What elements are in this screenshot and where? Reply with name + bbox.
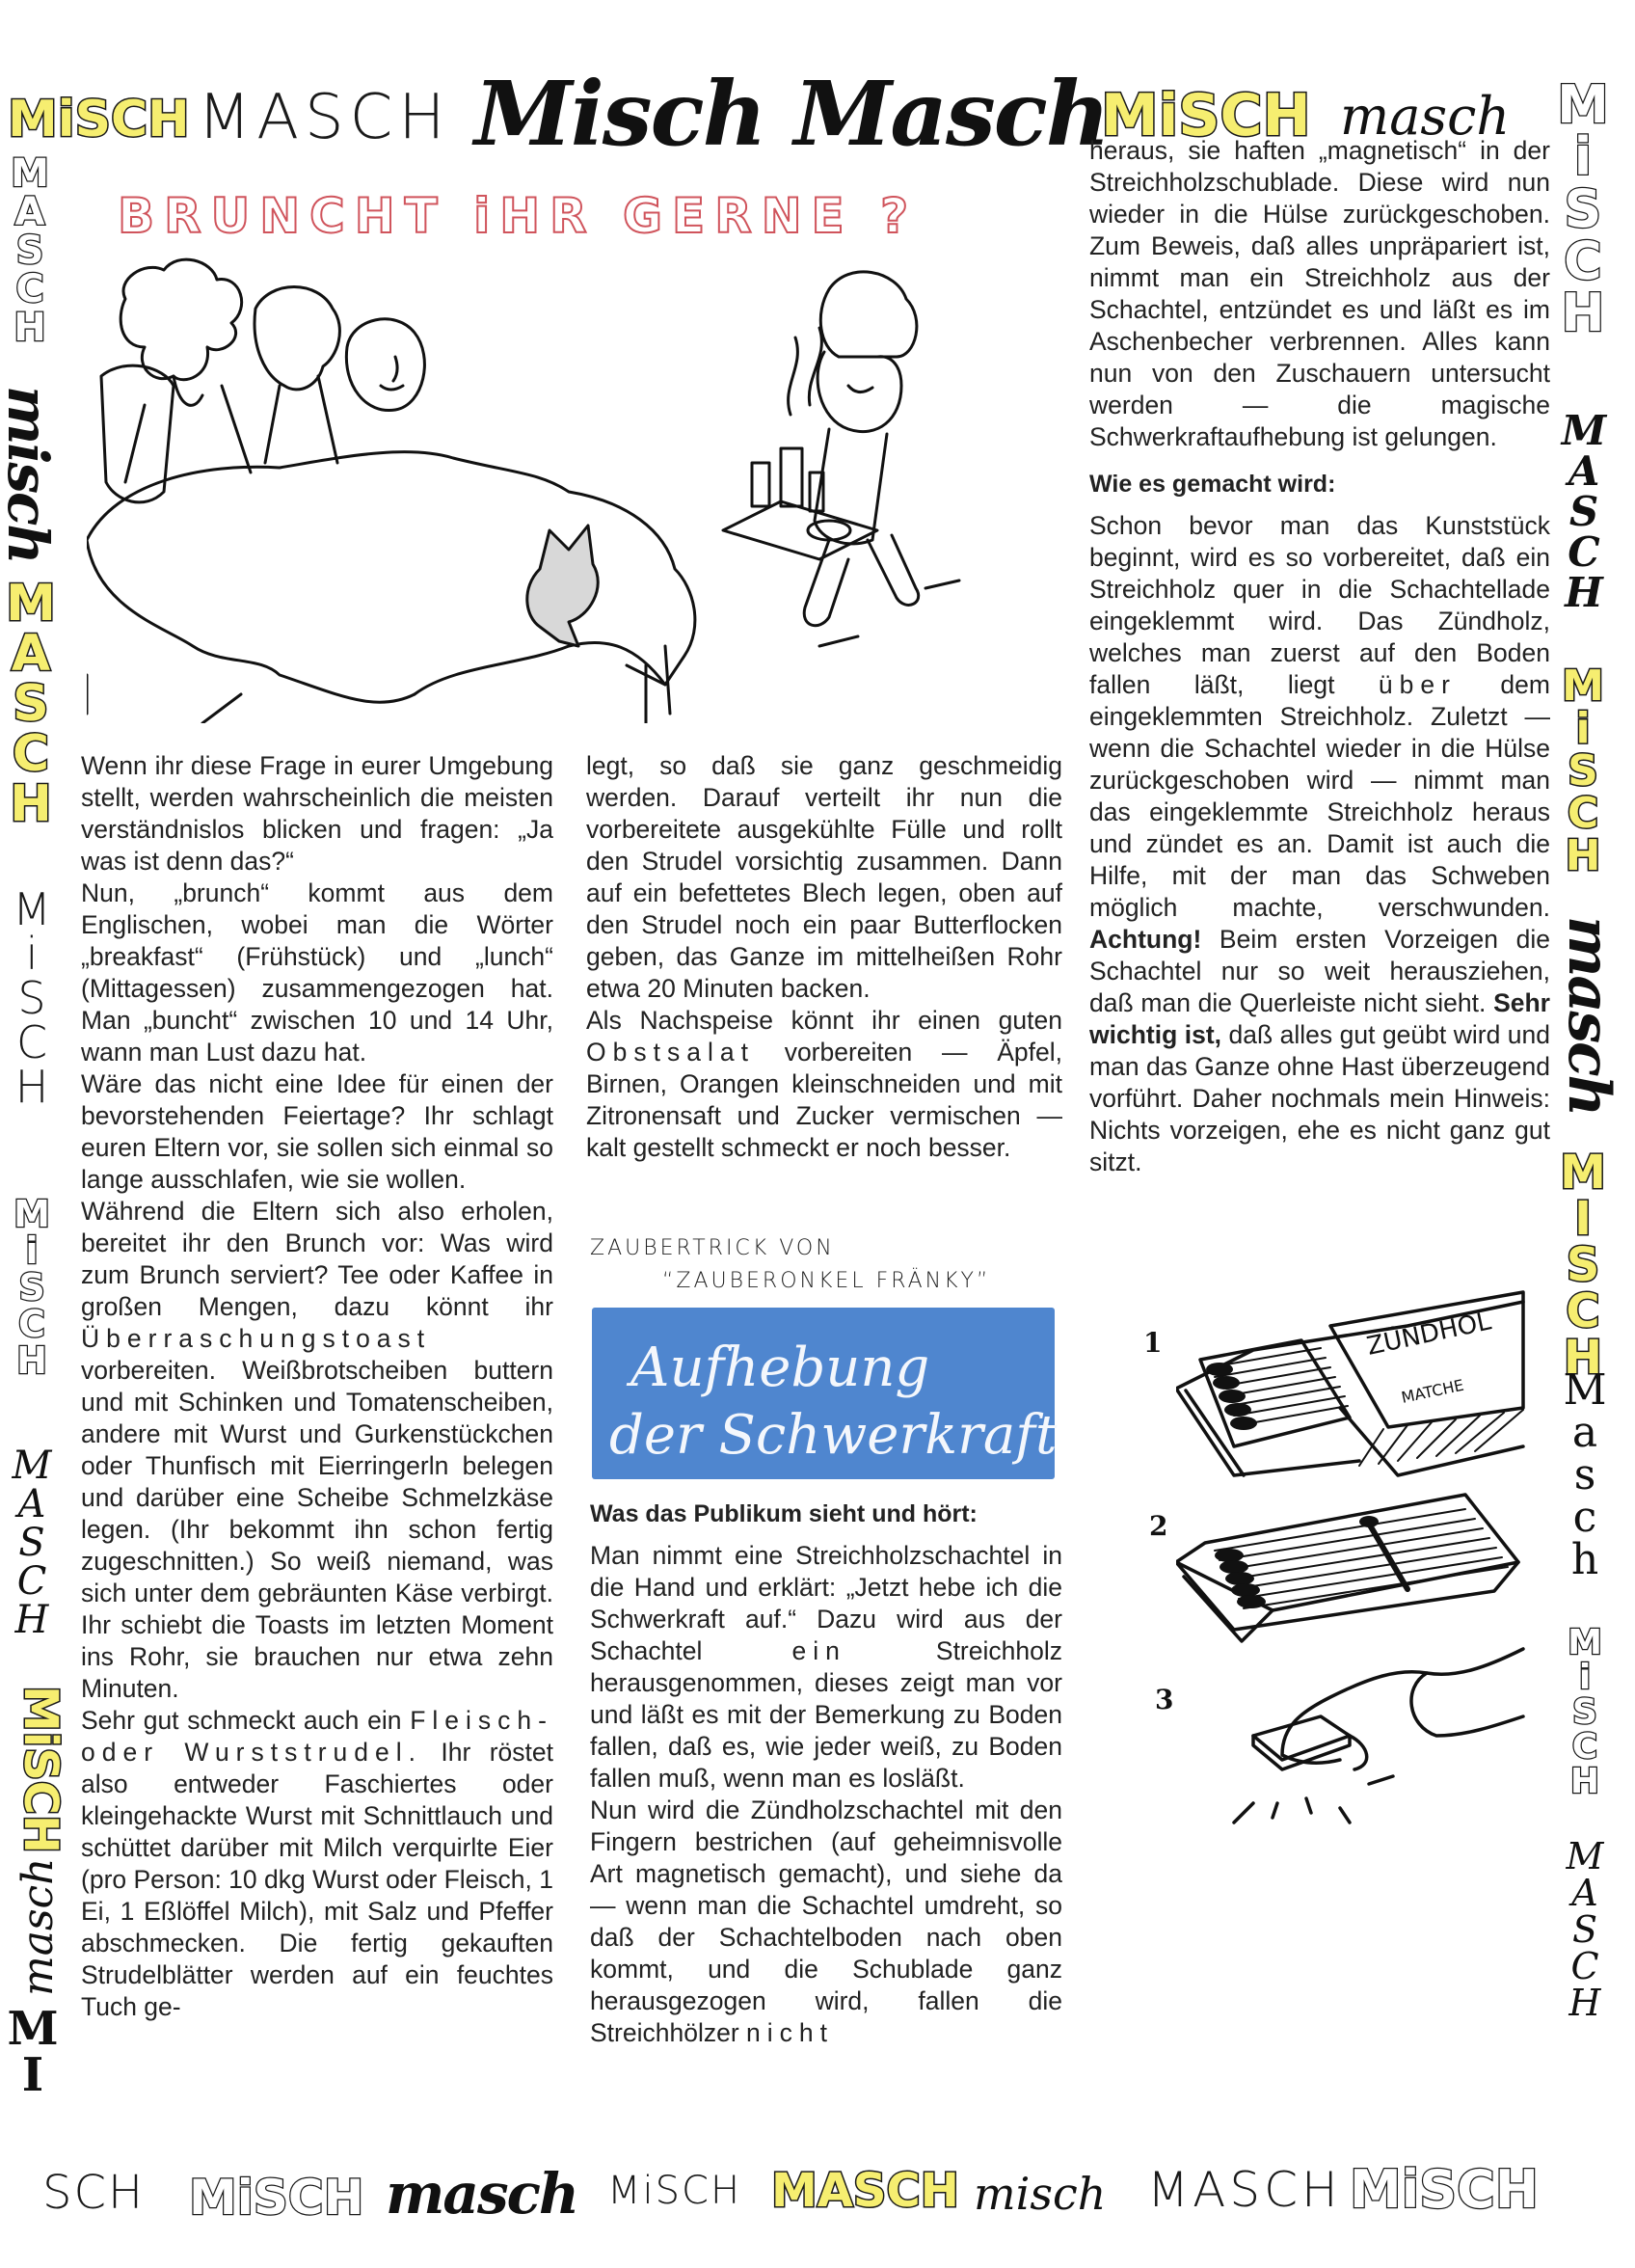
right-border-masch-end: M A S C H — [1564, 1838, 1606, 2021]
border-letter: C — [17, 1562, 47, 1601]
emphasis-obstsalat: Obstsalat — [586, 1038, 755, 1066]
border-letter: s — [1574, 1454, 1596, 1497]
paragraph: Schon bevor man das Kunststück beginnt, … — [1089, 510, 1550, 1178]
trick-title-line-2: der Schwerkraft — [609, 1404, 1058, 1467]
border-letter: a — [1572, 1412, 1597, 1454]
border-letter: S — [1567, 1242, 1600, 1288]
left-border-misch-outline: M i S C H — [8, 1196, 56, 1379]
border-letter: M — [7, 2006, 56, 2052]
border-letter: M — [1563, 1369, 1606, 1412]
border-letter: S — [18, 1269, 44, 1306]
text-run: vorbereiten. Weißbrotscheiben buttern un… — [81, 1356, 553, 1703]
border-word-masch-thin: MASCH — [198, 87, 450, 148]
border-letter: C — [13, 729, 49, 779]
border-letter: S — [1572, 1911, 1597, 1948]
border-letter: C — [1570, 1948, 1598, 1984]
right-border-misch-yellow-2: M I S C H — [1556, 1149, 1610, 1381]
paragraph: Während die Eltern sich also erholen, be… — [81, 1196, 553, 1705]
border-letter: H — [1565, 573, 1603, 613]
border-letter: S — [16, 231, 44, 270]
emphasis-nicht: nicht — [746, 2018, 834, 2047]
bottom-border-lettering: SCH MiSCH masch MiSCH MASCH misch MASCH … — [0, 2156, 1635, 2243]
byline-line-1: ZAUBERTRICK VON — [590, 1232, 990, 1265]
text-run: Als Nachspeise könnt ihr einen guten — [586, 1006, 1062, 1035]
border-letter: h — [1571, 1539, 1598, 1581]
border-letter: C — [1568, 793, 1598, 835]
paragraph: Nun, „brunch“ kommt aus dem Englischen, … — [81, 877, 553, 1068]
paragraph: Wenn ihr diese Frage in eurer Umgebung s… — [81, 750, 553, 877]
border-letter: c — [1573, 1497, 1597, 1539]
left-border-masch-outline: M A S C H — [6, 154, 54, 347]
border-letter: C — [1568, 532, 1599, 573]
border-letter: C — [15, 270, 43, 309]
trick-title-line-1: Aufhebung — [630, 1336, 929, 1399]
border-word: misch — [974, 2172, 1106, 2216]
border-letter: S — [18, 1524, 44, 1562]
text-run: Nun wird die Zündholzschachtel mit den F… — [590, 1795, 1062, 2047]
trick-title-box: Aufhebung der Schwerkraft — [592, 1308, 1055, 1479]
border-letter: A — [1568, 451, 1600, 492]
border-letter: H — [16, 1342, 47, 1379]
text-run: Während die Eltern sich also erholen, be… — [81, 1197, 553, 1321]
border-letter: i — [1575, 708, 1590, 750]
border-letter: i — [1574, 131, 1593, 183]
paragraph: Als Nachspeise könnt ihr einen guten Obs… — [586, 1005, 1062, 1164]
left-border-masch-script: masch — [17, 1857, 60, 1996]
border-letter: A — [15, 193, 45, 231]
border-word: MASCH — [1147, 2166, 1342, 2214]
border-letter: S — [1568, 750, 1598, 793]
matchbox-label-1: ZÜNDHOL — [1364, 1305, 1494, 1362]
border-letter: C — [16, 1020, 47, 1065]
border-word: MiSCH — [1350, 2164, 1539, 2216]
border-letter: C — [1572, 1730, 1597, 1765]
paragraph: Sehr gut schmeckt auch ein Fleisch- oder… — [81, 1705, 553, 2023]
right-border-misch-outline-2: M i S C H — [1562, 1626, 1608, 1799]
border-letter: S — [1565, 183, 1602, 235]
border-word-misch-yellow: MiSCH — [8, 94, 190, 145]
border-word: MiSCH — [607, 2172, 741, 2210]
right-border-masch-script: masch — [1560, 916, 1618, 1115]
trick-byline: ZAUBERTRICK VON “ZAUBERONKEL FRÄNKY” — [590, 1232, 990, 1298]
border-letter: I — [1574, 1196, 1592, 1242]
border-letter: M — [1562, 665, 1604, 708]
paragraph: Nun wird die Zündholzschachtel mit den F… — [590, 1795, 1062, 2049]
emphasis-toast: Überraschungstoast — [81, 1324, 431, 1353]
right-border-masch-thin: M a s c h — [1562, 1369, 1608, 1581]
article-brunch-column-2: legt, so daß sie ganz geschmeidig werden… — [586, 750, 1062, 1164]
left-border-misch-script: misch — [0, 386, 56, 563]
right-border-misch-outline: M i S C H — [1554, 79, 1612, 339]
heading-audience: Was das Publikum sieht und hört: — [590, 1498, 1062, 1530]
border-letter: A — [18, 1485, 46, 1524]
text-run: Ihr röstet also entweder Faschiertes ode… — [81, 1738, 553, 2021]
border-letter: C — [1564, 235, 1602, 287]
border-letter: M — [13, 1196, 50, 1232]
border-letter: C — [18, 1306, 45, 1342]
paragraph: Man nimmt eine Streichholzschachtel in d… — [590, 1540, 1062, 1795]
trick-audience-section: Was das Publikum sieht und hört: Man nim… — [590, 1483, 1062, 2049]
left-border-misch-thin: M i S C H — [10, 887, 54, 1109]
border-word: MiSCH — [189, 2173, 363, 2222]
border-letter: i — [1579, 1660, 1591, 1695]
paragraph: heraus, sie haften „magnetisch“ in der S… — [1089, 135, 1550, 453]
byline-line-2: “ZAUBERONKEL FRÄNKY” — [590, 1265, 990, 1298]
border-word-misch-masch-bold: Misch Masch — [474, 69, 1109, 158]
emphasis-ein: ein — [791, 1636, 845, 1665]
border-letter: H — [10, 779, 52, 829]
emphasis-ueber: über — [1379, 670, 1457, 699]
right-border-misch-yellow: M i S C H — [1556, 665, 1610, 877]
step-number-1: 1 — [1143, 1327, 1162, 1359]
heading-how-it-works: Wie es gemacht wird: — [1089, 469, 1550, 500]
border-letter: H — [1566, 835, 1601, 877]
border-letter: H — [1568, 1984, 1600, 2021]
border-letter: M — [11, 154, 49, 193]
border-word: SCH — [42, 2170, 145, 2216]
border-letter: A — [12, 629, 50, 679]
trick-column-3: heraus, sie haften „magnetisch“ in der S… — [1089, 135, 1550, 1178]
border-letter: M — [1567, 1838, 1604, 1875]
border-letter: i — [25, 1232, 38, 1269]
article-brunch-column-1: Wenn ihr diese Frage in eurer Umgebung s… — [81, 750, 553, 2023]
border-letter: S — [1572, 1695, 1597, 1730]
border-letter: H — [15, 1601, 49, 1639]
border-letter: S — [17, 976, 45, 1020]
left-border-masch-yellow: M A S C H — [4, 579, 58, 829]
paragraph: Wäre das nicht eine Idee für einen der b… — [81, 1068, 553, 1196]
paragraph: legt, so daß sie ganz geschmeidig werden… — [586, 750, 1062, 1005]
border-letter: M — [1562, 411, 1607, 451]
border-letter: H — [15, 1065, 49, 1109]
step-number-2: 2 — [1149, 1510, 1167, 1542]
text-run: dem eingeklemmten Streichholz. Zuletzt —… — [1089, 670, 1550, 922]
border-word: masch — [386, 2166, 577, 2222]
left-border-mi: M I — [10, 2006, 54, 2098]
left-border-misch-yellow-rotated: MiSCH — [17, 1686, 64, 1853]
border-letter: M — [13, 887, 51, 931]
border-letter: I — [22, 2052, 41, 2098]
emphasis-achtung: Achtung! — [1089, 925, 1201, 954]
text-run: Schon bevor man das Kunststück beginnt, … — [1089, 511, 1550, 699]
step-number-3: 3 — [1155, 1684, 1173, 1715]
text-run: Sehr gut schmeckt auch ein — [81, 1706, 401, 1735]
border-letter: M — [1568, 1626, 1602, 1660]
border-letter: i — [26, 931, 39, 976]
border-letter: M — [1557, 79, 1609, 131]
left-border-masch-thin: M A S C H — [10, 1446, 54, 1639]
matchbox-label-2: MATCHE — [1400, 1376, 1465, 1407]
border-letter: M — [1560, 1149, 1606, 1196]
brunch-headline: BRUNCHT iHR GERNE ? — [118, 188, 918, 244]
border-letter: H — [1570, 1765, 1599, 1799]
right-border-masch-bold: M A S C H — [1560, 411, 1608, 613]
border-word: MASCH — [771, 2168, 959, 2214]
border-letter: H — [13, 309, 45, 347]
brunch-bed-illustration — [87, 241, 1089, 723]
border-letter: C — [1566, 1288, 1599, 1335]
matchbox-illustrations: ZÜNDHOL MATCHE — [1176, 1282, 1542, 2150]
border-letter: A — [1571, 1875, 1597, 1911]
border-letter: S — [1569, 492, 1598, 532]
border-letter: S — [13, 679, 48, 729]
border-letter: M — [6, 579, 56, 629]
border-letter: M — [13, 1446, 52, 1485]
border-letter: H — [1561, 287, 1604, 339]
